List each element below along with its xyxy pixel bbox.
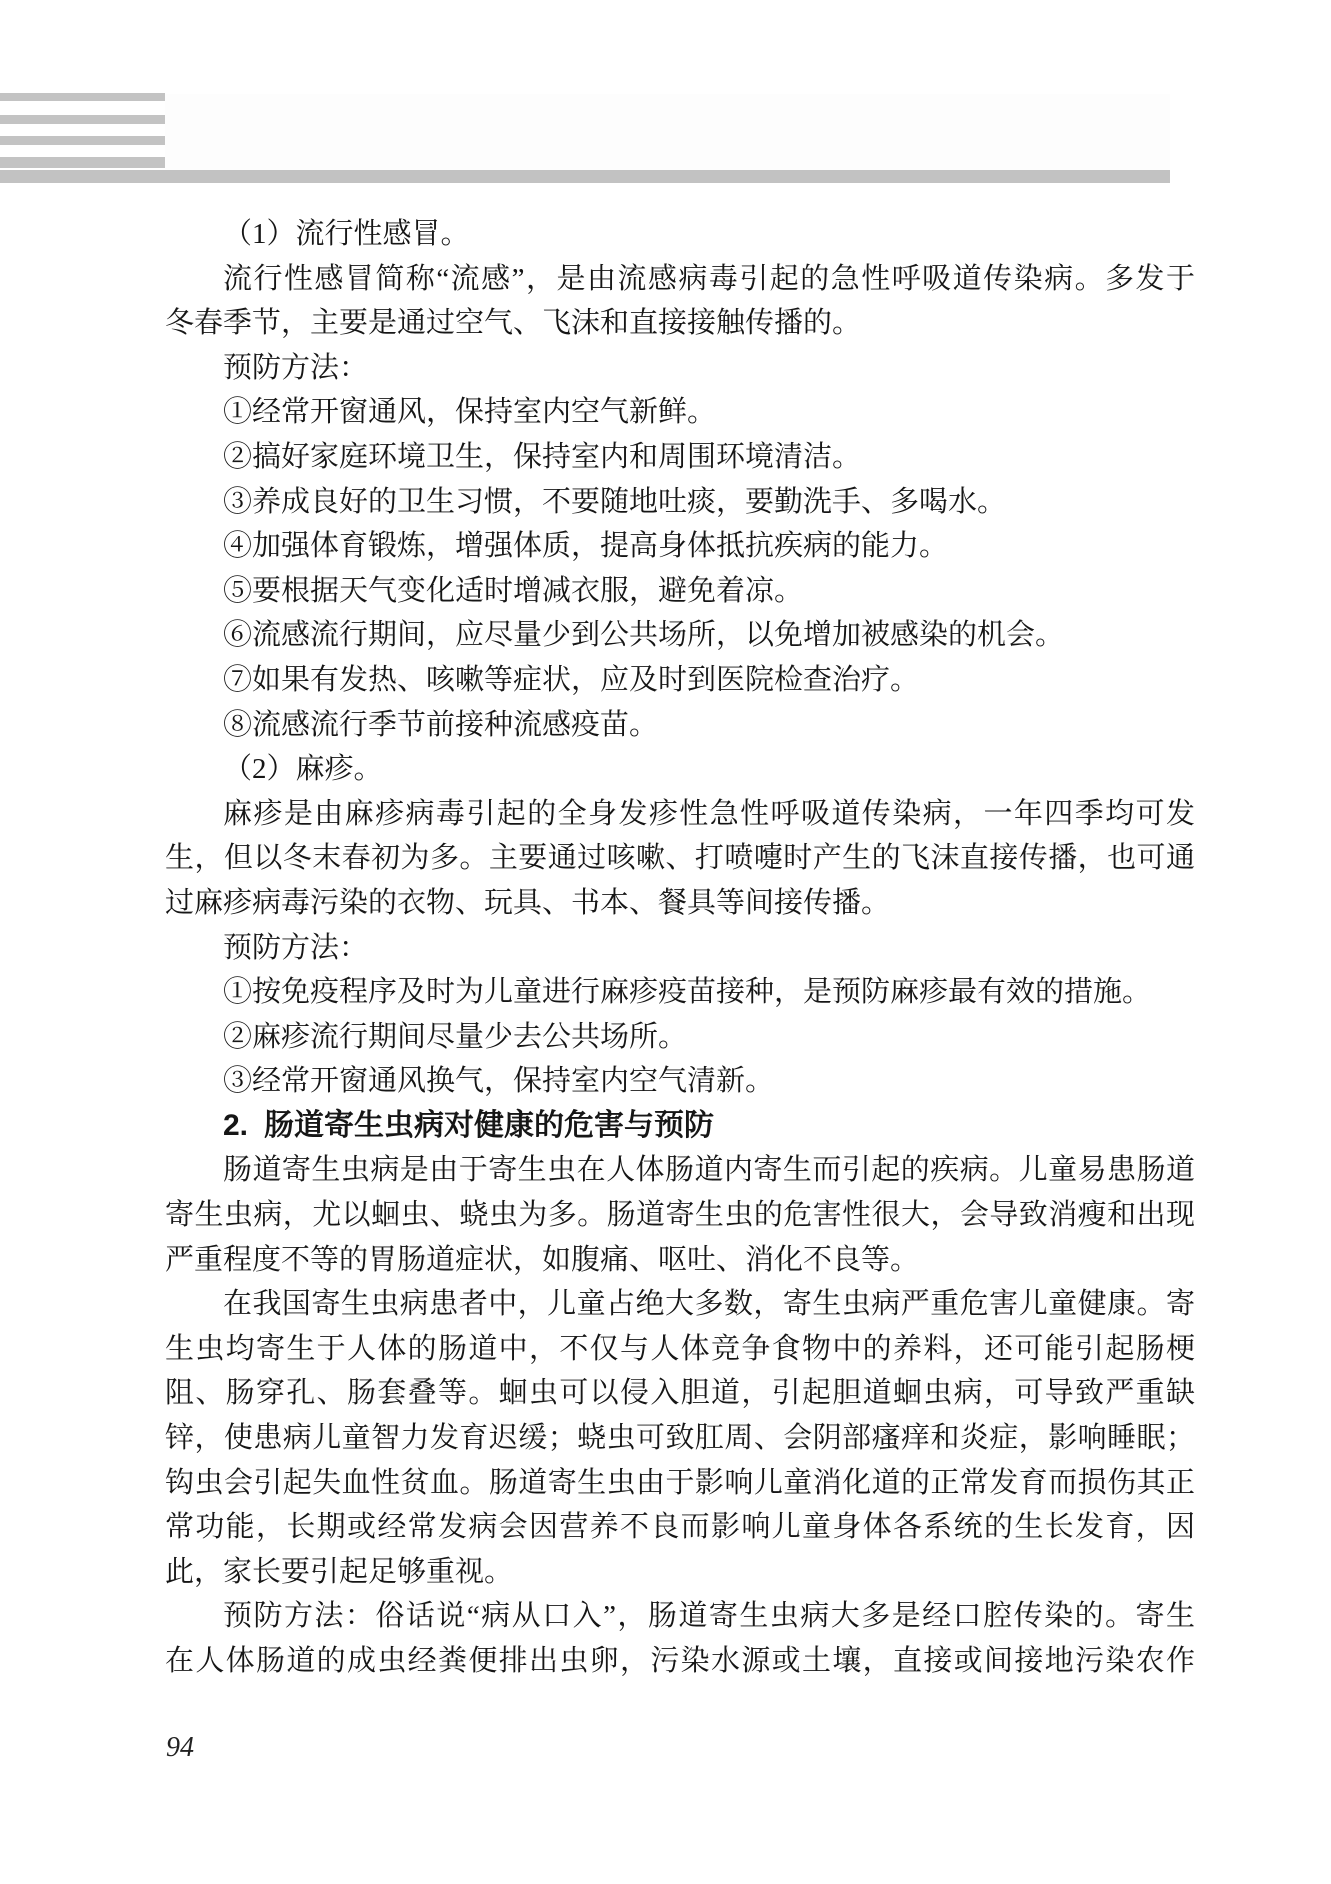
header-stripe: [0, 157, 165, 168]
text-line: 在我国寄生虫病患者中，儿童占绝大多数，寄生虫病严重危害儿童健康。寄: [165, 1282, 1195, 1327]
text-line: 肠道寄生虫病是由于寄生虫在人体肠道内寄生而引起的疾病。儿童易患肠道: [165, 1148, 1195, 1193]
text-line: 常功能，长期或经常发病会因营养不良而影响儿童身体各系统的生长发育，因: [165, 1505, 1195, 1550]
section-heading: 2.肠道寄生虫病对健康的危害与预防: [165, 1104, 1195, 1149]
text-line: 流行性感冒简称“流感”，是由流感病毒引起的急性呼吸道传染病。多发于: [165, 257, 1195, 302]
text-line: 预防方法：: [165, 346, 1195, 391]
text-line: ③养成良好的卫生习惯，不要随地吐痰，要勤洗手、多喝水。: [165, 480, 1195, 525]
text-line: 此，家长要引起足够重视。: [165, 1550, 1195, 1595]
text-line: 锌，使患病儿童智力发育迟缓；蛲虫可致肛周、会阴部瘙痒和炎症，影响睡眠；: [165, 1416, 1195, 1461]
header-tint-panel: [165, 94, 1170, 170]
text-line: 生虫均寄生于人体的肠道中，不仅与人体竞争食物中的养料，还可能引起肠梗: [165, 1327, 1195, 1372]
text-line: （2）麻疹。: [165, 747, 1195, 792]
text-line: ⑧流感流行季节前接种流感疫苗。: [165, 703, 1195, 748]
text-line: ⑤要根据天气变化适时增减衣服，避免着凉。: [165, 569, 1195, 614]
text-line: 过麻疹病毒污染的衣物、玩具、书本、餐具等间接传播。: [165, 881, 1195, 926]
text-line: 寄生虫病，尤以蛔虫、蛲虫为多。肠道寄生虫的危害性很大，会导致消瘦和出现: [165, 1193, 1195, 1238]
text-line: ②麻疹流行期间尽量少去公共场所。: [165, 1015, 1195, 1060]
text-line: 预防方法：: [165, 926, 1195, 971]
text-line: 钩虫会引起失血性贫血。肠道寄生虫由于影响儿童消化道的正常发育而损伤其正: [165, 1461, 1195, 1506]
text-line: 严重程度不等的胃肠道症状，如腹痛、呕吐、消化不良等。: [165, 1238, 1195, 1283]
page-number: 94: [166, 1732, 194, 1764]
text-line: ④加强体育锻炼，增强体质，提高身体抵抗疾病的能力。: [165, 524, 1195, 569]
text-line: ⑥流感流行期间，应尽量少到公共场所，以免增加被感染的机会。: [165, 613, 1195, 658]
text-line: ①经常开窗通风，保持室内空气新鲜。: [165, 390, 1195, 435]
header-stripe: [0, 93, 165, 101]
text-line: 麻疹是由麻疹病毒引起的全身发疹性急性呼吸道传染病，一年四季均可发: [165, 792, 1195, 837]
heading-title: 肠道寄生虫病对健康的危害与预防: [264, 1109, 714, 1142]
text-line: ⑦如果有发热、咳嗽等症状，应及时到医院检查治疗。: [165, 658, 1195, 703]
text-line: 在人体肠道的成虫经粪便排出虫卵，污染水源或土壤，直接或间接地污染农作: [165, 1639, 1195, 1684]
book-page: （1）流行性感冒。流行性感冒简称“流感”，是由流感病毒引起的急性呼吸道传染病。多…: [0, 0, 1331, 1884]
text-line: 阻、肠穿孔、肠套叠等。蛔虫可以侵入胆道，引起胆道蛔虫病，可导致严重缺: [165, 1371, 1195, 1416]
document-body: （1）流行性感冒。流行性感冒简称“流感”，是由流感病毒引起的急性呼吸道传染病。多…: [165, 212, 1195, 1684]
header-rule: [0, 170, 1170, 183]
text-line: 冬春季节，主要是通过空气、飞沫和直接接触传播的。: [165, 301, 1195, 346]
heading-number: 2.: [223, 1109, 248, 1142]
header-stripe: [0, 136, 165, 145]
text-line: 生，但以冬末春初为多。主要通过咳嗽、打喷嚏时产生的飞沫直接传播，也可通: [165, 836, 1195, 881]
text-line: ①按免疫程序及时为儿童进行麻疹疫苗接种，是预防麻疹最有效的措施。: [165, 970, 1195, 1015]
text-line: （1）流行性感冒。: [165, 212, 1195, 257]
text-line: 预防方法：俗话说“病从口入”，肠道寄生虫病大多是经口腔传染的。寄生: [165, 1594, 1195, 1639]
header-stripe: [0, 115, 165, 124]
text-line: ③经常开窗通风换气，保持室内空气清新。: [165, 1059, 1195, 1104]
text-line: ②搞好家庭环境卫生，保持室内和周围环境清洁。: [165, 435, 1195, 480]
